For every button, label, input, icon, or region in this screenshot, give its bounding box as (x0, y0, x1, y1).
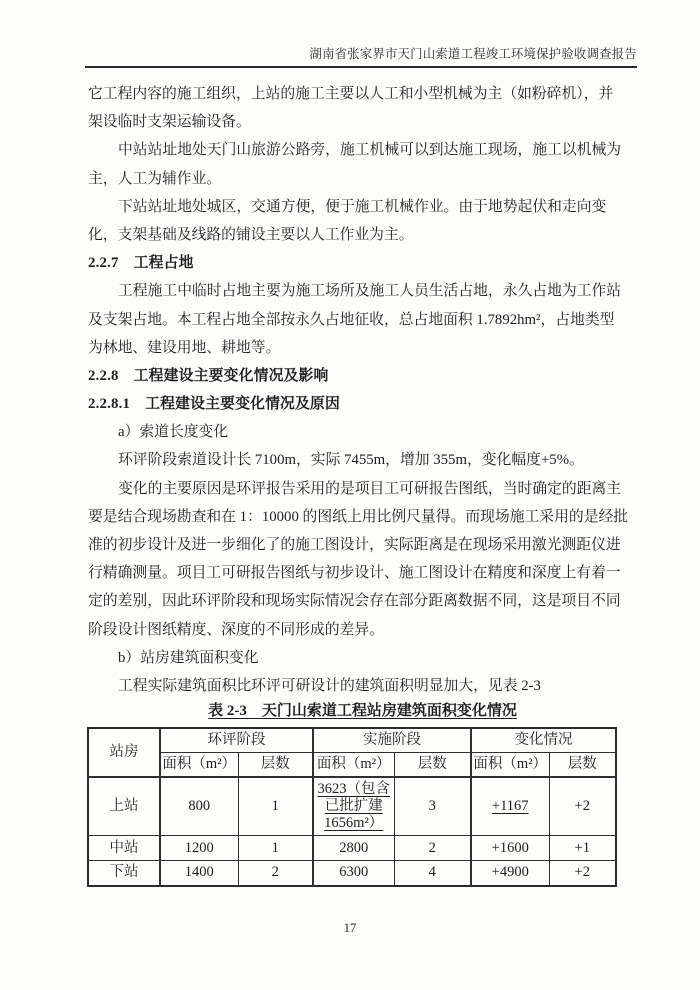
running-header-title: 湖南省张家界市天门山索道工程竣工环境保护验收调查报告 (88, 0, 637, 62)
eia-floors-cell: 1 (238, 777, 313, 836)
stations-table: 站房 环评阶段 实施阶段 变化情况 面积（m²） 层数 面积（m²） 层数 面积… (87, 727, 617, 887)
col-header-floors-change: 层数 (549, 753, 616, 778)
eia-floors-cell: 1 (238, 836, 313, 861)
text-line: 准的初步设计及进一步细化了的施工图设计，实际距离是在现场采用激光测距仪进 (88, 531, 637, 559)
text-line: 及支架占地。本工程占地全部按永久占地征收，总占地面积 1.7892hm²，占地类… (88, 306, 637, 334)
text-line: 2.2.8 工程建设主要变化情况及影响 (88, 362, 637, 390)
text-line: 它工程内容的施工组织，上站的施工主要以人工和小型机械为主（如粉碎机），并 (88, 80, 637, 108)
text-line: 工程施工中临时占地主要为施工场所及施工人员生活占地，永久占地为工作站 (88, 277, 637, 305)
table-row: 上站 800 1 3623（包含 已批扩建 1656m²） 3 +1167 +2 (88, 777, 616, 836)
page-number: 17 (0, 921, 700, 936)
change-area-cell: +1167 (471, 777, 549, 836)
text-line: 2.2.7 工程占地 (88, 249, 637, 277)
text-line: 定的差别，因此环评阶段和现场实际情况会存在部分距离数据不同，这是项目不同 (88, 587, 637, 615)
text-line: 变化的主要原因是环评报告采用的是项目工可研报告图纸，当时确定的距离主 (88, 475, 637, 503)
col-group-eia: 环评阶段 (160, 728, 313, 753)
change-area-cell: +4900 (471, 861, 549, 886)
text-line: 环评阶段索道设计长 7100m，实际 7455m，增加 355m，变化幅度+5%… (88, 446, 637, 474)
document-page: 湖南省张家界市天门山索道工程竣工环境保护验收调查报告 它工程内容的施工组织，上站… (0, 0, 700, 990)
text-line: 2.2.8.1 工程建设主要变化情况及原因 (88, 390, 637, 418)
station-cell: 下站 (88, 861, 160, 886)
change-floors-cell: +1 (549, 836, 616, 861)
col-header-area-change: 面积（m²） (471, 753, 549, 778)
col-group-implementation: 实施阶段 (313, 728, 471, 753)
table-caption: 表 2-3 天门山索道工程站房建筑面积变化情况 (88, 702, 637, 721)
text-line: 工程实际建筑面积比环评可研设计的建筑面积明显加大，见表 2-3 (88, 672, 637, 700)
table-row: 下站 1400 2 6300 4 +4900 +2 (88, 861, 616, 886)
text-line: 中站站址地处天门山旅游公路旁，施工机械可以到达施工现场，施工以机械为 (88, 136, 637, 164)
text-line: 阶段设计图纸精度、深度的不同形成的差异。 (88, 616, 637, 644)
eia-floors-cell: 2 (238, 861, 313, 886)
text-line: 架设临时支架运输设备。 (88, 108, 637, 136)
station-cell: 上站 (88, 777, 160, 836)
eia-area-cell: 1400 (160, 861, 238, 886)
change-floors-cell: +2 (549, 861, 616, 886)
text-line: 主，人工为辅作业。 (88, 165, 637, 193)
col-header-floors-impl: 层数 (394, 753, 471, 778)
text-line: 行精确测量。项目工可研报告图纸与初步设计、施工图设计在精度和深度上有着一 (88, 559, 637, 587)
eia-area-cell: 800 (160, 777, 238, 836)
header-rule (85, 66, 637, 68)
text-line: 化，支架基础及线路的铺设主要以人工作业为主。 (88, 221, 637, 249)
text-line: b）站房建筑面积变化 (88, 644, 637, 672)
impl-area-cell: 6300 (313, 861, 394, 886)
station-cell: 中站 (88, 836, 160, 861)
change-area-cell: +1600 (471, 836, 549, 861)
text-line: 下站站址地处城区，交通方便，便于施工机械作业。由于地势起伏和走向变 (88, 193, 637, 221)
impl-area-cell: 2800 (313, 836, 394, 861)
eia-area-cell: 1200 (160, 836, 238, 861)
impl-floors-cell: 4 (394, 861, 471, 886)
col-header-area-impl: 面积（m²） (313, 753, 394, 778)
impl-floors-cell: 2 (394, 836, 471, 861)
col-header-station: 站房 (88, 728, 160, 777)
text-line: 为林地、建设用地、耕地等。 (88, 334, 637, 362)
col-header-floors-eia: 层数 (238, 753, 313, 778)
col-group-change: 变化情况 (471, 728, 616, 753)
table-row: 中站 1200 1 2800 2 +1600 +1 (88, 836, 616, 861)
impl-floors-cell: 3 (394, 777, 471, 836)
text-line: a）索道长度变化 (88, 418, 637, 446)
impl-area-cell: 3623（包含 已批扩建 1656m²） (313, 777, 394, 836)
text-line: 要是结合现场勘查和在 1：10000 的图纸上用比例尺量得。而现场施工采用的是经… (88, 503, 637, 531)
change-floors-cell: +2 (549, 777, 616, 836)
body-text: 它工程内容的施工组织，上站的施工主要以人工和小型机械为主（如粉碎机），并 架设临… (88, 80, 637, 700)
col-header-area-eia: 面积（m²） (160, 753, 238, 778)
